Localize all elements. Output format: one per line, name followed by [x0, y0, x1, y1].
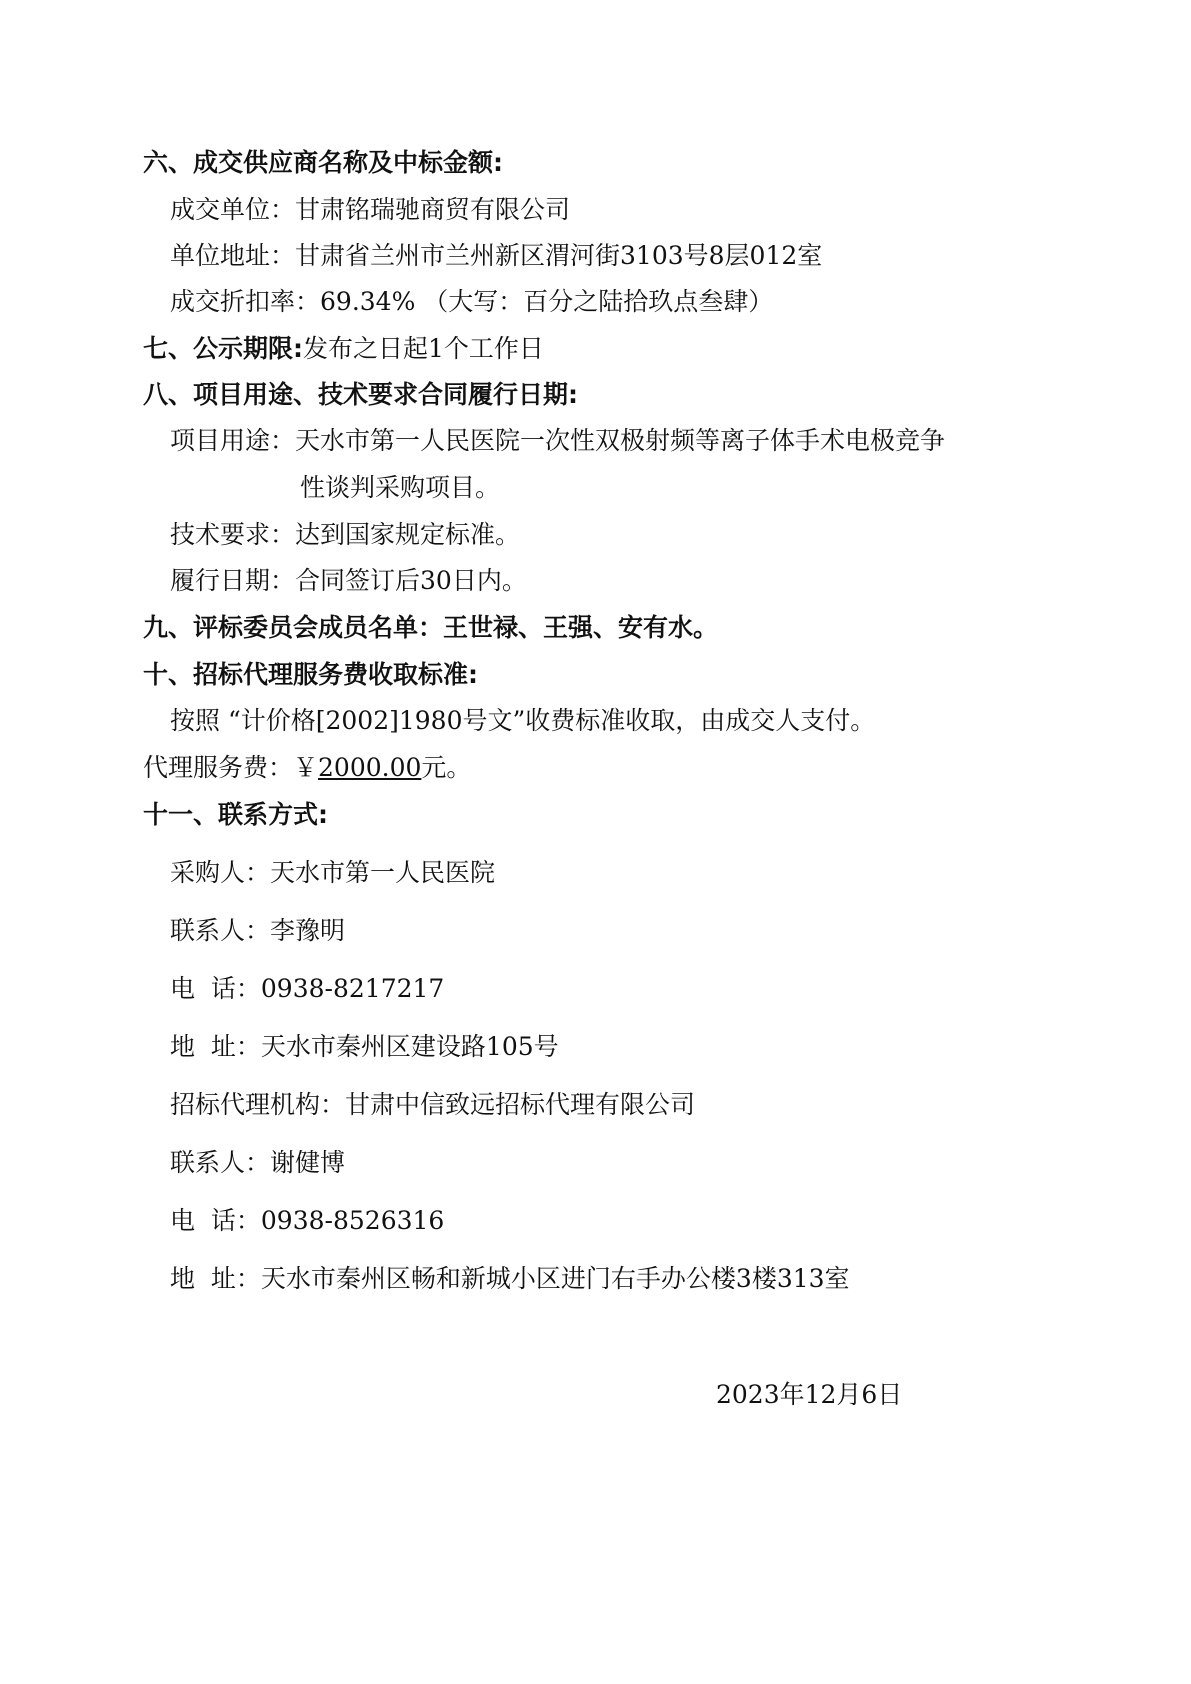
agency-fee-label: 代理服务费：￥ — [143, 753, 318, 782]
winner-address-value: 甘肃省兰州市兰州新区渭河街3103号8层012室 — [295, 241, 822, 270]
discount-row: 成交折扣率：69.34% （大写：百分之陆拾玖点叁肆） — [170, 287, 773, 317]
tech-requirement-row: 技术要求：达到国家规定标准。 — [170, 520, 520, 550]
buyer-contact-label: 联系人： — [170, 916, 270, 945]
agency-fee-row: 代理服务费：￥2000.00元。 — [143, 753, 471, 783]
section-6-heading: 六、成交供应商名称及中标金额: — [143, 148, 503, 178]
buyer-address-label: 地 址： — [170, 1032, 261, 1061]
buyer-phone-row: 电 话：0938-8217217 — [170, 974, 444, 1004]
purpose-row: 项目用途：天水市第一人民医院一次性双极射频等离子体手术电极竞争 — [170, 426, 945, 456]
agency-phone-value: 0938-8526316 — [261, 1206, 444, 1235]
winner-value: 甘肃铭瑞驰商贸有限公司 — [295, 195, 570, 224]
buyer-row: 采购人：天水市第一人民医院 — [170, 858, 495, 888]
buyer-phone-value: 0938-8217217 — [261, 974, 444, 1003]
buyer-label: 采购人： — [170, 858, 270, 887]
buyer-contact-row: 联系人：李豫明 — [170, 916, 345, 946]
agency-contact-label: 联系人： — [170, 1148, 270, 1177]
tech-requirement-value: 达到国家规定标准。 — [295, 520, 520, 549]
agency-contact-value: 谢健博 — [270, 1148, 345, 1177]
section-10-heading: 十、招标代理服务费收取标准: — [143, 660, 478, 690]
section-8-heading: 八、项目用途、技术要求合同履行日期: — [143, 380, 578, 410]
publicity-period-value: 发布之日起1个工作日 — [303, 334, 544, 363]
winner-row: 成交单位：甘肃铭瑞驰商贸有限公司 — [170, 195, 570, 225]
agency-address-row: 地 址：天水市秦州区畅和新城小区进门右手办公楼3楼313室 — [170, 1264, 850, 1294]
purpose-value-line2: 性谈判采购项目。 — [300, 473, 500, 503]
section-7-title: 七、公示期限: — [143, 334, 303, 363]
agency-fee-unit: 元。 — [421, 753, 471, 782]
agency-label: 招标代理机构： — [170, 1090, 345, 1119]
winner-address-row: 单位地址：甘肃省兰州市兰州新区渭河街3103号8层012室 — [170, 241, 822, 271]
buyer-value: 天水市第一人民医院 — [270, 858, 495, 887]
winner-label: 成交单位： — [170, 195, 295, 224]
agency-phone-label: 电 话： — [170, 1206, 261, 1235]
performance-date-label: 履行日期： — [170, 566, 295, 595]
agency-fee-amount: 2000.00 — [318, 753, 421, 782]
agency-row: 招标代理机构：甘肃中信致远招标代理有限公司 — [170, 1090, 695, 1120]
buyer-phone-label: 电 话： — [170, 974, 261, 1003]
performance-date-value: 合同签订后30日内。 — [295, 566, 527, 595]
purpose-value-line1: 天水市第一人民医院一次性双极射频等离子体手术电极竞争 — [295, 426, 945, 455]
agency-phone-row: 电 话：0938-8526316 — [170, 1206, 444, 1236]
fee-standard: 按照 “计价格[2002]1980号文”收费标准收取，由成交人支付。 — [170, 706, 875, 736]
buyer-contact-value: 李豫明 — [270, 916, 345, 945]
tech-requirement-label: 技术要求： — [170, 520, 295, 549]
buyer-address-value: 天水市秦州区建设路105号 — [261, 1032, 559, 1061]
discount-value: 69.34% （大写：百分之陆拾玖点叁肆） — [320, 287, 773, 316]
discount-label: 成交折扣率： — [170, 287, 320, 316]
section-11-heading: 十一、联系方式: — [143, 800, 328, 830]
purpose-label: 项目用途： — [170, 426, 295, 455]
agency-value: 甘肃中信致远招标代理有限公司 — [345, 1090, 695, 1119]
agency-address-label: 地 址： — [170, 1264, 261, 1293]
section-7-heading: 七、公示期限:发布之日起1个工作日 — [143, 334, 544, 364]
winner-address-label: 单位地址： — [170, 241, 295, 270]
buyer-address-row: 地 址：天水市秦州区建设路105号 — [170, 1032, 559, 1062]
section-9-heading: 九、评标委员会成员名单：王世禄、王强、安有水。 — [143, 613, 718, 643]
performance-date-row: 履行日期：合同签订后30日内。 — [170, 566, 527, 596]
agency-contact-row: 联系人：谢健博 — [170, 1148, 345, 1178]
document-date: 2023年12月6日 — [716, 1380, 902, 1410]
agency-address-value: 天水市秦州区畅和新城小区进门右手办公楼3楼313室 — [261, 1264, 850, 1293]
